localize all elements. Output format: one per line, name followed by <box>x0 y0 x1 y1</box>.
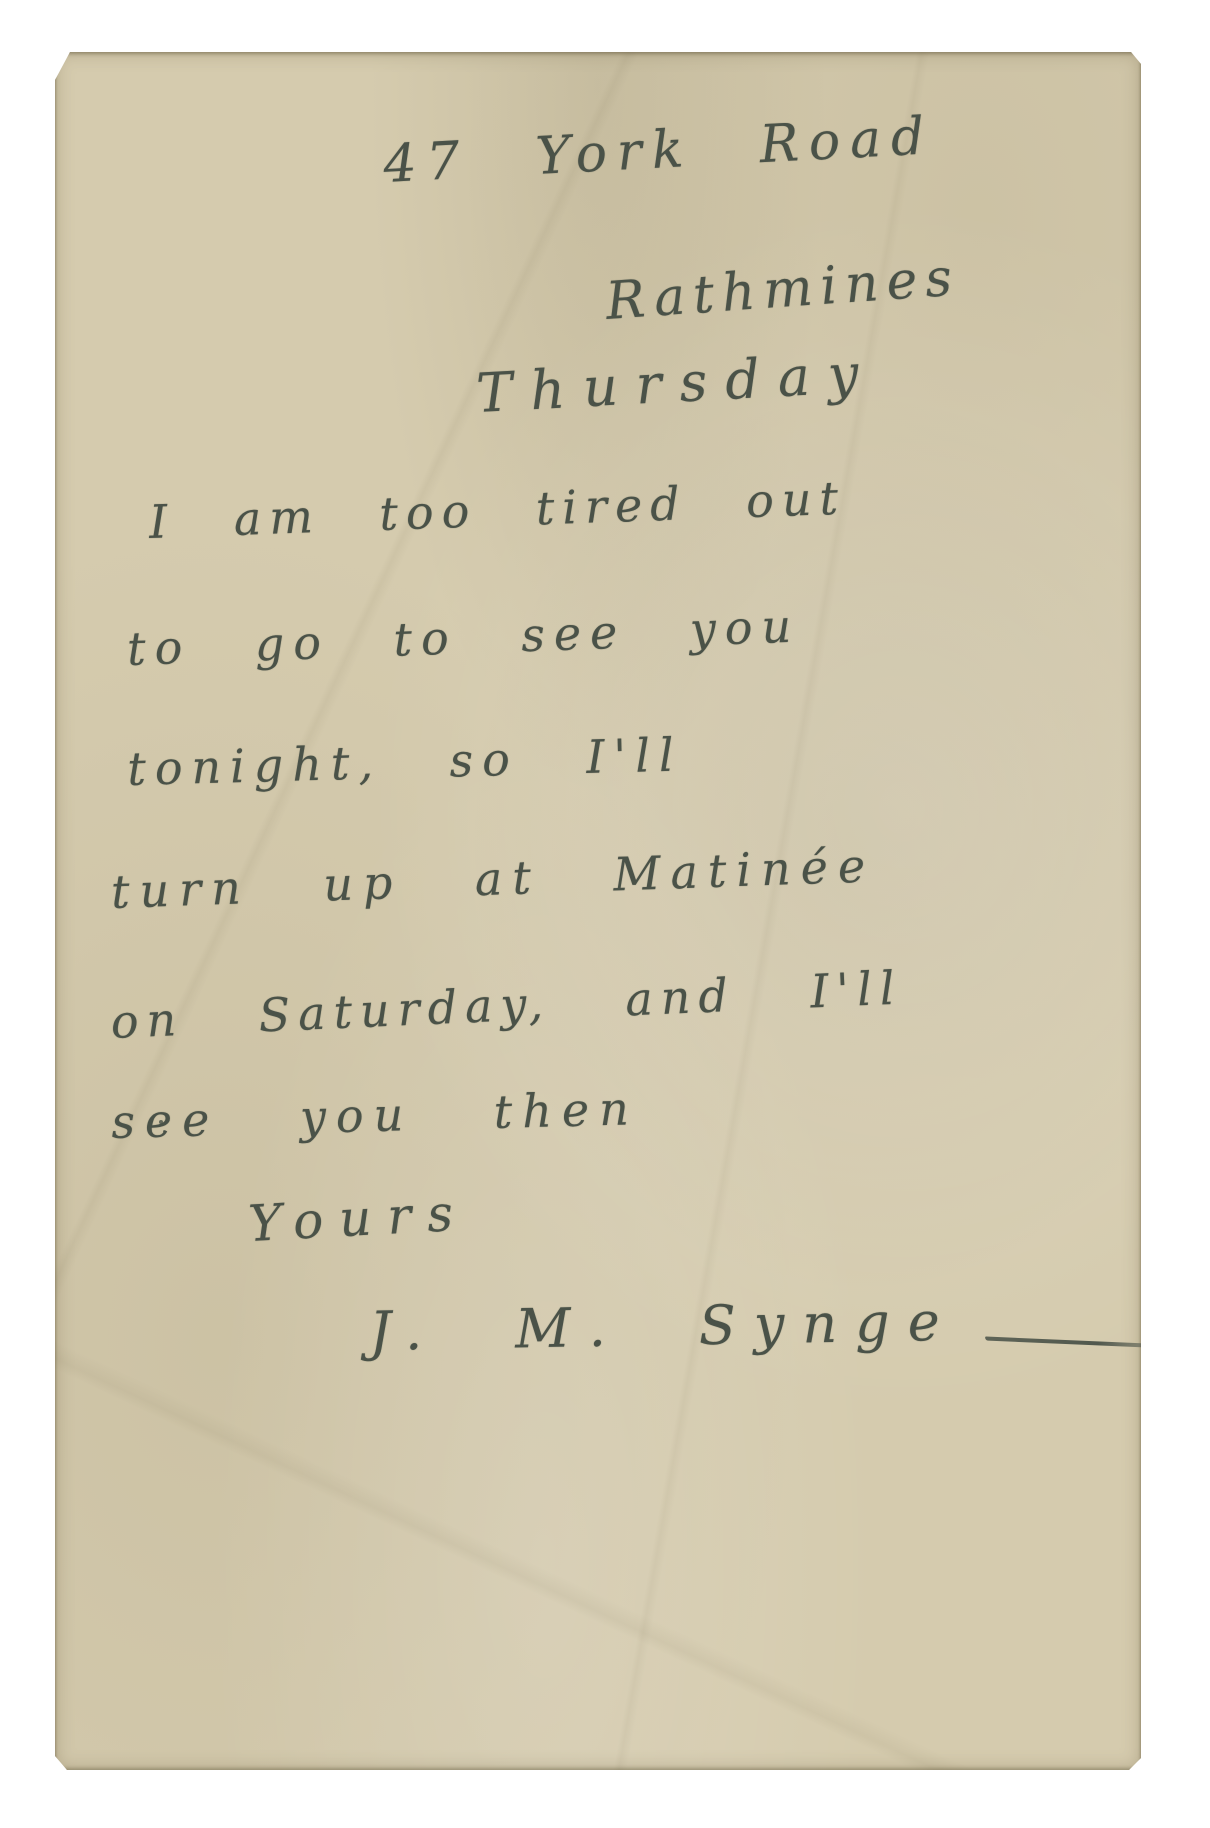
letter-paper: 47 York Road Rathmines Thursday I am too… <box>55 52 1141 1770</box>
address-line-1: 47 York Road <box>382 106 936 195</box>
scan-background: 47 York Road Rathmines Thursday I am too… <box>0 0 1210 1828</box>
date-line: Thursday <box>475 341 878 425</box>
body-line: to go to see you <box>126 599 801 676</box>
body-line: I am too tired out <box>148 471 847 549</box>
body-line: turn up at Matinée <box>110 838 876 919</box>
signature: J. M. Synge <box>369 1290 958 1363</box>
ink-speck <box>159 1120 163 1124</box>
body-line: tonight, so I'll <box>127 727 684 796</box>
address-line-2: Rathmines <box>604 247 962 332</box>
signature-flourish-stroke <box>985 1336 1147 1347</box>
body-line: on Saturday, and I'll <box>110 960 904 1049</box>
ink-speck <box>163 1130 166 1133</box>
closing-line: Yours <box>247 1184 470 1253</box>
body-line: see you then <box>111 1081 640 1149</box>
